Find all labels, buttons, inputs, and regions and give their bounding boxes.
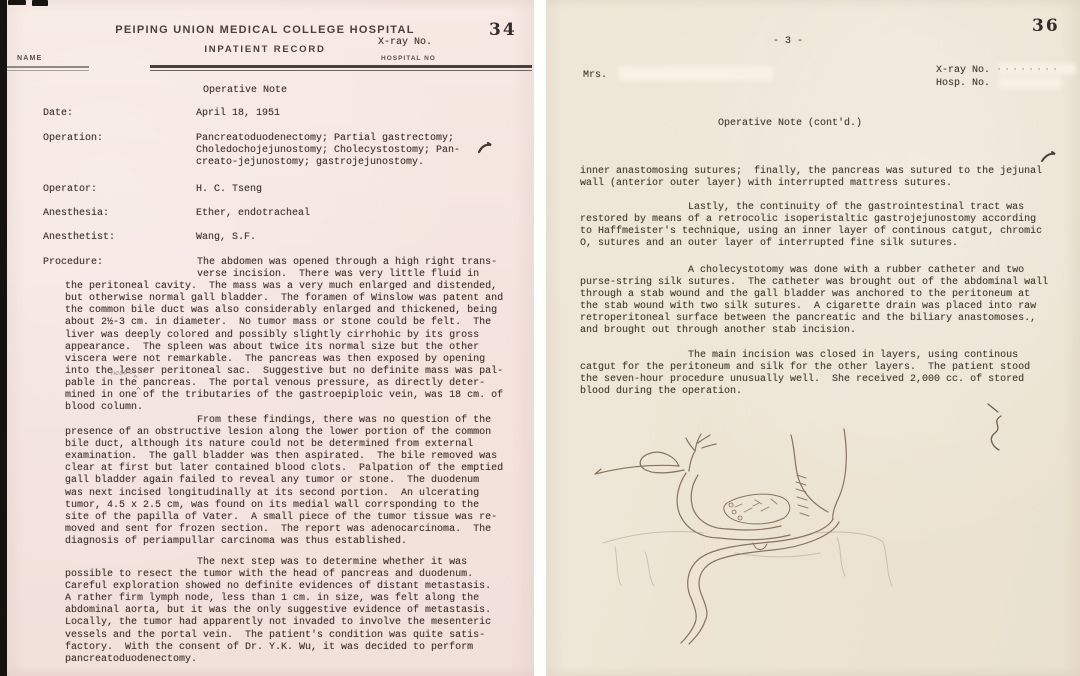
page-title: Operative Note — [203, 85, 287, 97]
paragraph-2: Lastly, the continuity of the gastrointe… — [580, 202, 1042, 250]
paragraph-4: The main incision was closed in layers, … — [580, 350, 1030, 398]
scan-edge-mark — [8, 0, 26, 5]
scan-edge — [0, 0, 7, 676]
paragraph-1: inner anastomosing sutures; finally, the… — [580, 166, 1042, 190]
page-marker: - 3 - — [773, 36, 803, 48]
caret-insertion-mark: ^ — [133, 374, 138, 383]
page-number-left: 34 — [489, 20, 517, 40]
field-label-anesthesia: Anesthesia: — [43, 208, 109, 220]
procedure-paragraph-2: From these findings, there was no questi… — [65, 415, 503, 548]
name-label: NAME — [17, 55, 42, 62]
field-label-operation: Operation: — [43, 133, 103, 145]
hosp-no-redaction — [998, 77, 1062, 89]
field-value-operator: H. C. Tseng — [196, 184, 262, 196]
field-label-date: Date: — [43, 108, 73, 120]
header-rule — [150, 65, 532, 71]
field-label-anesthetist: Anesthetist: — [43, 232, 115, 244]
paragraph-3: A cholecystotomy was done with a rubber … — [580, 265, 1048, 338]
pencil-tick-icon — [1040, 150, 1058, 164]
caret-insertion-mark: ^ — [136, 386, 141, 395]
xray-no-label: X-ray No. — [378, 37, 432, 49]
pencil-tick-icon — [477, 141, 495, 155]
procedure-paragraph-3: The next step was to determine whether i… — [65, 557, 491, 666]
left-page: PEIPING UNION MEDICAL COLLEGE HOSPITAL 3… — [0, 0, 534, 676]
hosp-no-label-right: Hosp. No. — [936, 78, 990, 90]
page-number-right: 36 — [1032, 16, 1060, 36]
field-value-anesthetist: Wang, S.F. — [196, 232, 256, 244]
page-title-contd: Operative Note (cont'd.) — [718, 118, 862, 130]
field-value-date: April 18, 1951 — [196, 108, 280, 120]
field-value-anesthesia: Ether, endotracheal — [196, 208, 310, 220]
xray-no-trace — [998, 68, 1056, 70]
procedure-paragraph-1: The abdomen was opened through a high ri… — [65, 257, 503, 414]
patient-prefix: Mrs. — [583, 70, 607, 82]
patient-name-redaction — [618, 66, 773, 81]
hospital-no-label: HOSPITAL NO — [381, 55, 436, 62]
hospital-name: PEIPING UNION MEDICAL COLLEGE HOSPITAL — [105, 24, 425, 36]
record-type: INPATIENT RECORD — [185, 44, 345, 55]
xray-no-label-right: X-ray No. — [936, 65, 990, 77]
anatomical-sketch — [585, 425, 1015, 675]
document-scan: PEIPING UNION MEDICAL COLLEGE HOSPITAL 3… — [0, 0, 1080, 676]
scan-edge-mark — [32, 0, 48, 6]
name-rule — [7, 66, 89, 71]
right-page: - 3 - 36 Mrs. X-ray No. Hosp. No. Operat… — [546, 0, 1080, 676]
field-value-operation: Pancreatoduodenectomy; Partial gastrecto… — [196, 133, 460, 169]
field-label-operator: Operator: — [43, 184, 97, 196]
